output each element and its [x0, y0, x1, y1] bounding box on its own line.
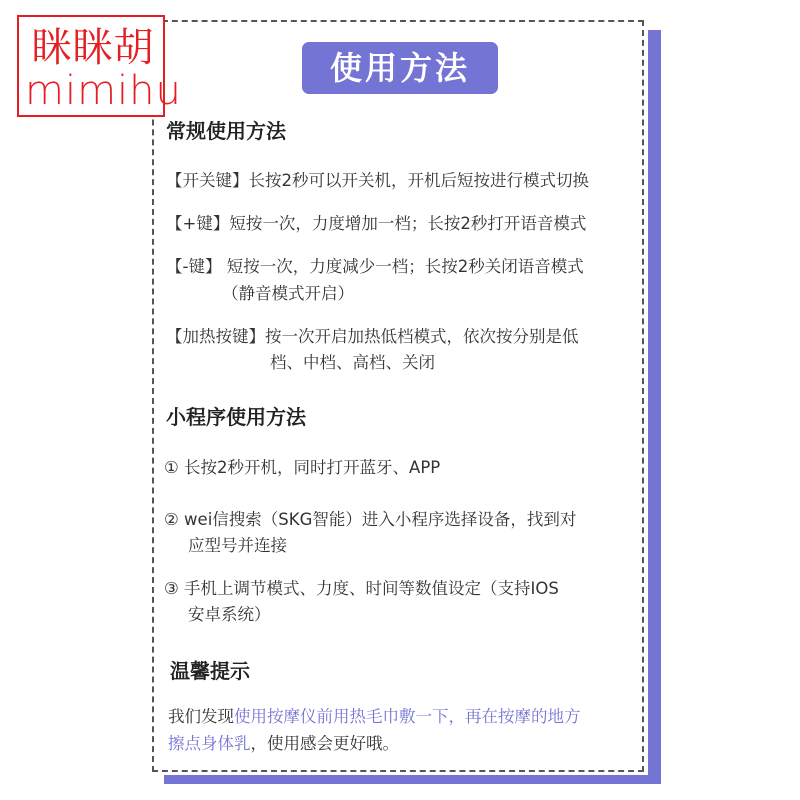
- section-heading-regular: 常规使用方法: [166, 118, 286, 144]
- section-heading-miniprogram: 小程序使用方法: [166, 404, 306, 430]
- logo-latin-text: mimihu: [25, 69, 161, 113]
- key-label: 【开关键】: [166, 171, 249, 190]
- item-text: 短按一次，力度增加一档；长按2秒打开语音模式: [229, 214, 586, 233]
- card-shadow-right: [648, 30, 661, 784]
- list-item: ① 长按2秒开机，同时打开蓝牙、APP: [164, 455, 440, 481]
- list-item: ② wei信搜索（SKG智能）进入小程序选择设备，找到对: [164, 507, 576, 533]
- tips-line-2: 擦点身体乳，使用感会更好哦。: [168, 731, 399, 757]
- card-shadow-bottom: [164, 775, 661, 784]
- step-number: ③: [164, 579, 179, 598]
- list-item-continuation: （静音模式开启）: [222, 281, 354, 307]
- list-item-continuation: 安卓系统）: [188, 602, 271, 628]
- page-title: 使用方法: [302, 42, 498, 94]
- tips-highlight: 擦点身体乳: [168, 734, 251, 753]
- item-text: 长按2秒开机，同时打开蓝牙、APP: [184, 458, 440, 477]
- list-item: 【-键】 短按一次，力度减少一档；长按2秒关闭语音模式: [166, 254, 584, 280]
- list-item-continuation: 应型号并连接: [188, 533, 287, 559]
- key-label: 【-键】: [166, 257, 221, 276]
- item-text: 短按一次，力度减少一档；长按2秒关闭语音模式: [227, 257, 584, 276]
- item-text: 手机上调节模式、力度、时间等数值设定（支持IOS: [184, 579, 559, 598]
- tips-text: 我们发现: [168, 707, 234, 726]
- brand-logo: 眯眯胡 mimihu: [17, 15, 165, 117]
- key-label: 【+键】: [166, 214, 229, 233]
- step-number: ①: [164, 458, 179, 477]
- list-item: 【开关键】长按2秒可以开关机，开机后短按进行模式切换: [166, 168, 589, 194]
- item-text: 按一次开启加热低档模式，依次按分别是低: [265, 327, 579, 346]
- list-item: ③ 手机上调节模式、力度、时间等数值设定（支持IOS: [164, 576, 559, 602]
- key-label: 【加热按键】: [166, 327, 265, 346]
- list-item-continuation: 档、中档、高档、关闭: [270, 350, 435, 376]
- list-item: 【加热按键】按一次开启加热低档模式，依次按分别是低: [166, 324, 579, 350]
- section-heading-tips: 温馨提示: [170, 658, 250, 684]
- tips-text: ，使用感会更好哦。: [251, 734, 400, 753]
- logo-chinese-text: 眯眯胡: [29, 25, 157, 71]
- list-item: 【+键】短按一次，力度增加一档；长按2秒打开语音模式: [166, 211, 586, 237]
- tips-line-1: 我们发现使用按摩仪前用热毛巾敷一下，再在按摩的地方: [168, 704, 581, 730]
- step-number: ②: [164, 510, 179, 529]
- item-text: wei信搜索（SKG智能）进入小程序选择设备，找到对: [184, 510, 576, 529]
- item-text: 长按2秒可以开关机，开机后短按进行模式切换: [249, 171, 590, 190]
- tips-highlight: 使用按摩仪前用热毛巾敷一下，再在按摩的地方: [234, 707, 581, 726]
